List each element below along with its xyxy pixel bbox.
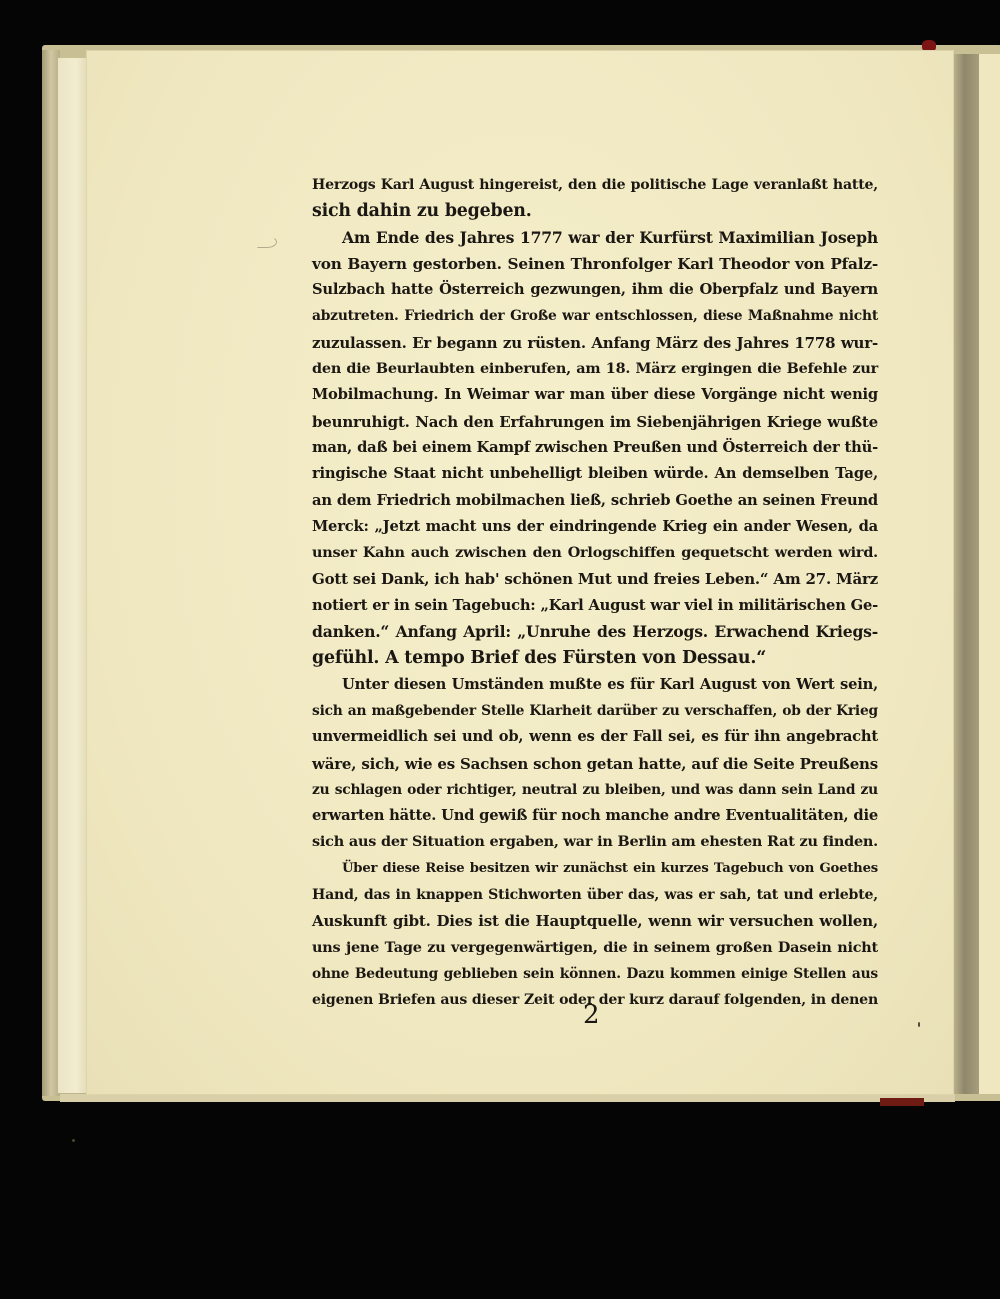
text-line: erwarten hätte. Und gewiß für noch manch… — [312, 803, 878, 829]
text-line: Auskunft gibt. Dies ist die Hauptquelle,… — [312, 908, 878, 934]
text-line: notiert er in sein Tagebuch: „Karl Augus… — [312, 593, 878, 619]
text-line: sich aus der Situation ergaben, war in B… — [312, 829, 878, 855]
text-line: danken.“ Anfang April: „Unruhe des Herzo… — [312, 619, 878, 645]
red-binding-mark-bottom — [880, 1098, 924, 1106]
text-line: sich an maßgebender Stelle Klarheit darü… — [312, 698, 878, 724]
text-line: von Bayern gestorben. Seinen Thronfolger… — [312, 251, 878, 277]
text-line: Über diese Reise besitzen wir zunächst e… — [312, 856, 878, 882]
text-line: Hand, das in knappen Stichworten über da… — [312, 882, 878, 908]
body-text: Herzogs Karl August hingereist, den die … — [312, 172, 878, 1014]
text-line: Gott sei Dank, ich hab' schönen Mut und … — [312, 566, 878, 592]
text-line: Unter diesen Umständen mußte es für Karl… — [312, 672, 878, 698]
text-line: Herzogs Karl August hingereist, den die … — [312, 172, 878, 198]
text-line: an dem Friedrich mobilmachen ließ, schri… — [312, 488, 878, 514]
text-line: zu schlagen oder richtiger, neutral zu b… — [312, 777, 878, 803]
text-line: unser Kahn auch zwischen den Orlogschiff… — [312, 540, 878, 566]
text-line: wäre, sich, wie es Sachsen schon getan h… — [312, 751, 878, 777]
page-number: 2 — [583, 1000, 600, 1030]
text-line: gefühl. A tempo Brief des Fürsten von De… — [312, 645, 878, 671]
text-line: ohne Bedeutung geblieben sein können. Da… — [312, 961, 878, 987]
paper-speck — [918, 1022, 920, 1027]
text-line: Sulzbach hatte Österreich gezwungen, ihm… — [312, 277, 878, 303]
next-page-edge — [979, 54, 1000, 1094]
gutter-shadow — [954, 54, 980, 1094]
text-line: abzutreten. Friedrich der Große war ents… — [312, 303, 878, 329]
text-line: unvermeidlich sei und ob, wenn es der Fa… — [312, 724, 878, 750]
text-line: man, daß bei einem Kampf zwischen Preuße… — [312, 435, 878, 461]
text-line: zuzulassen. Er begann zu rüsten. Anfang … — [312, 330, 878, 356]
text-line: den die Beurlaubten einberufen, am 18. M… — [312, 356, 878, 382]
text-line: beunruhigt. Nach den Erfahrungen im Sieb… — [312, 409, 878, 435]
page-stack-edge — [58, 58, 89, 1093]
text-line: Mobilmachung. In Weimar war man über die… — [312, 382, 878, 408]
text-line: sich dahin zu begeben. — [312, 198, 878, 224]
text-line: Merck: „Jetzt macht uns der eindringende… — [312, 514, 878, 540]
paper-speck — [72, 1139, 75, 1142]
text-line: uns jene Tage zu vergegenwärtigen, die i… — [312, 935, 878, 961]
pencil-margin-mark — [257, 236, 277, 248]
text-line: ringische Staat nicht unbehelligt bleibe… — [312, 461, 878, 487]
text-line: Am Ende des Jahres 1777 war der Kurfürst… — [312, 225, 878, 251]
